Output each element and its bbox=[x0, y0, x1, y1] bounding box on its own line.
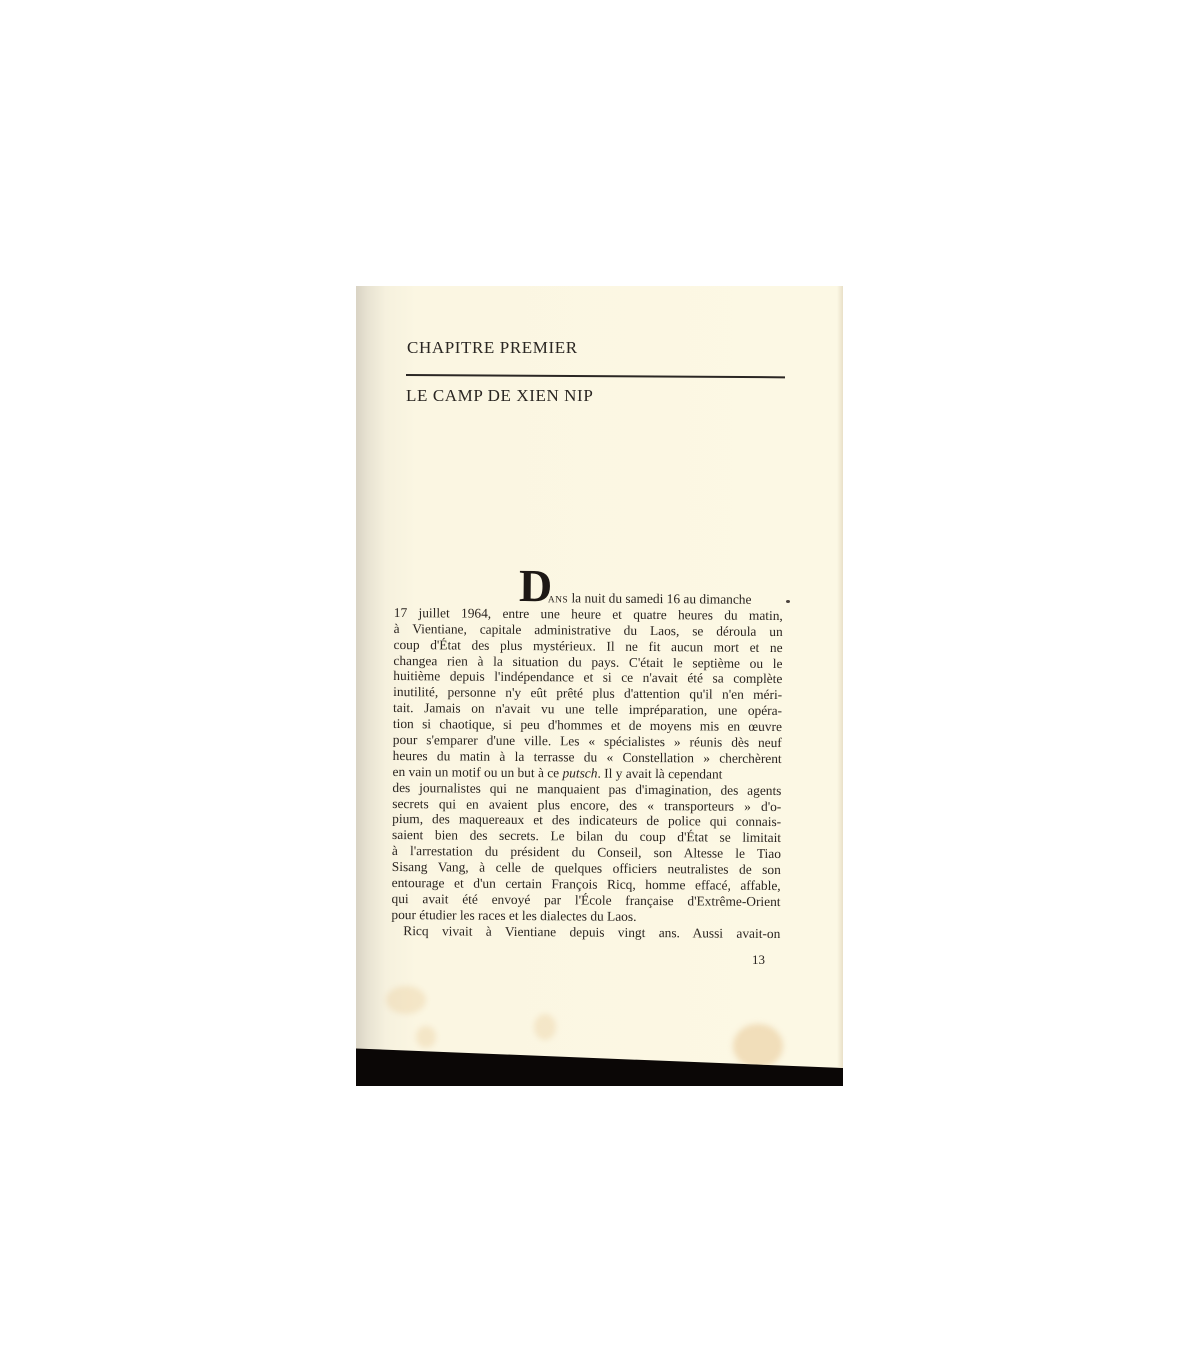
paper-stain bbox=[416, 1026, 436, 1048]
text-line-content: la nuit du samedi 16 au dimanche bbox=[568, 590, 751, 606]
chapter-title: LE CAMP DE XIEN NIP bbox=[406, 386, 593, 406]
text-line: Ricq vivait à Vientiane depuis vingt ans… bbox=[391, 923, 780, 942]
book-page: CHAPITRE PREMIER LE CAMP DE XIEN NIP DAN… bbox=[356, 286, 843, 1068]
page-edge-shadow bbox=[837, 286, 843, 1068]
chapter-divider-rule bbox=[406, 374, 785, 378]
italic-word: putsch bbox=[562, 765, 597, 781]
paper-stain bbox=[733, 1024, 783, 1068]
paper-stain bbox=[534, 1014, 556, 1040]
body-text: DANS la nuit du samedi 16 au dimanche 17… bbox=[391, 589, 783, 942]
paper-speck bbox=[786, 600, 790, 603]
paper-stain bbox=[386, 986, 426, 1014]
chapter-label: CHAPITRE PREMIER bbox=[407, 338, 578, 358]
text-line-content: en vain un motif ou un but à ce bbox=[393, 764, 563, 781]
page-number: 13 bbox=[752, 952, 765, 968]
text-line: DANS la nuit du samedi 16 au dimanche bbox=[394, 589, 783, 608]
drop-cap: D bbox=[519, 566, 553, 606]
scanned-page-scan: CHAPITRE PREMIER LE CAMP DE XIEN NIP DAN… bbox=[356, 286, 843, 1086]
text-line-content: . Il y avait là cependant bbox=[597, 765, 781, 782]
